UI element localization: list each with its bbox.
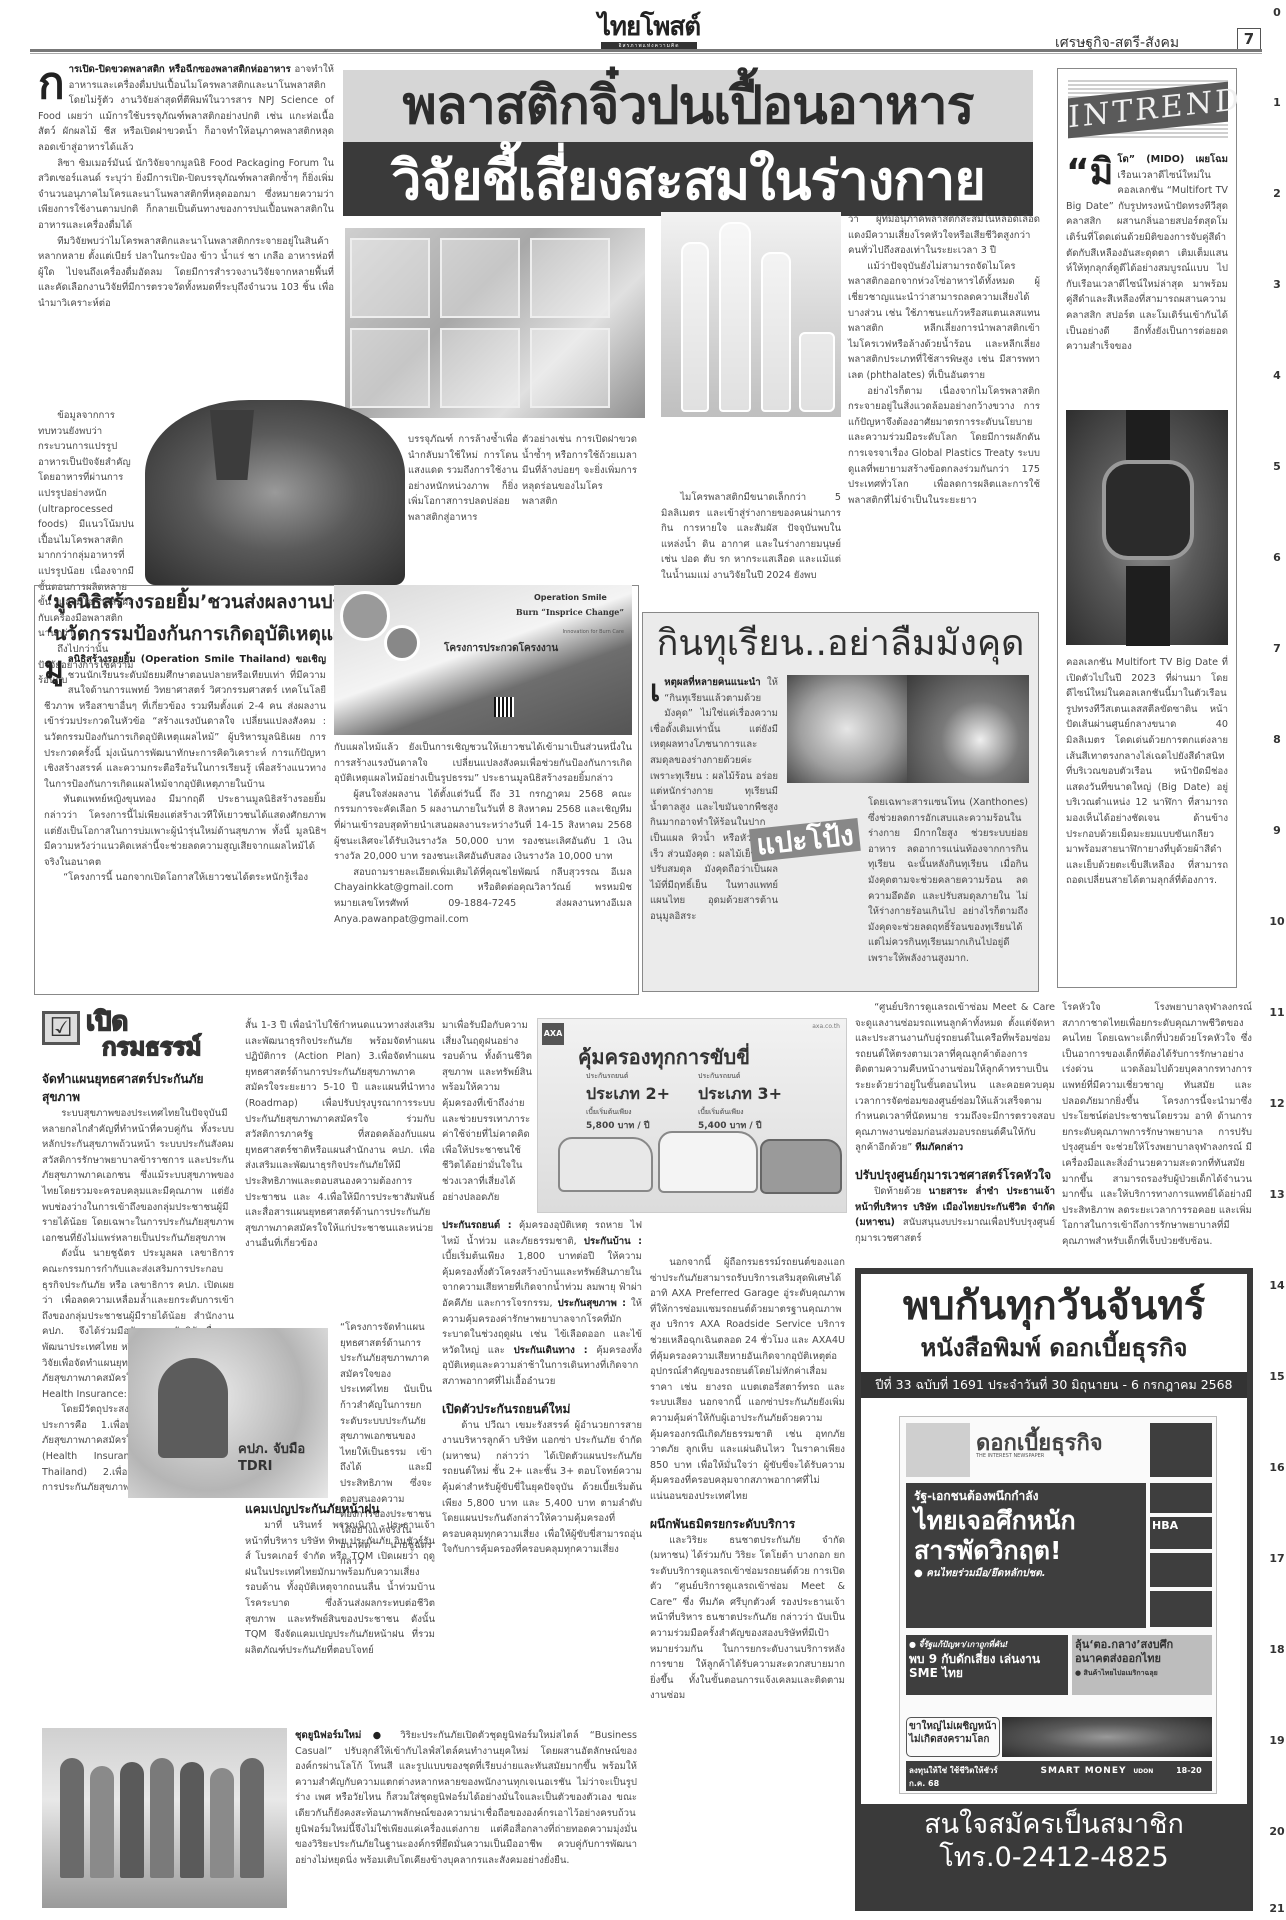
paragraph: ปิดท้ายด้วย xyxy=(874,1186,921,1197)
axa-plan1: ประกันรถยนต์ ประเภท 2+ เบี้ยเริ่มต้นเพีย… xyxy=(586,1071,696,1132)
ruler-mark: 4 xyxy=(1268,369,1286,382)
lede-bold: ารเปิด-ปิดขวดพลาสติก หรือฉีกซองพลาสติกห่… xyxy=(69,64,291,75)
food-waste-photo xyxy=(145,400,405,585)
operation-smile-text: มู ลนิธิสร้างรอยยิ้ม (Operation Smile Th… xyxy=(44,652,326,886)
ad-headline: พบกันทุกวันจันทร์ xyxy=(861,1280,1247,1332)
cover-side-thumb xyxy=(1150,1423,1212,1477)
subscription-ad-inner: พบกันทุกวันจันทร์ หนังสือพิมพ์ ดอกเบี้ยธ… xyxy=(861,1274,1247,1804)
paragraph: อาจทำให้อาหารและเครื่องดื่มปนเปื้อนไมโคร… xyxy=(38,64,334,153)
axa-plan2: ประกันรถยนต์ ประเภท 3+ เบี้ยเริ่มต้นเพีย… xyxy=(698,1071,818,1132)
person-silhouette xyxy=(158,1358,228,1458)
durian-text: เ หตุผลที่หลายคนแนะนำ ให้ “กินทุเรียนแล้… xyxy=(650,675,778,925)
paragraph: ทีมวิจัยพบว่าไมโครพลาสติกและนาโนพลาสติกก… xyxy=(38,234,334,312)
insurance-col2c: แคมเปญประกันภัยหน้าฝน มาที่ นรินทร์ พรรณ… xyxy=(245,1500,435,1658)
lead-story-col2b: ไมโครพลาสติกมีขนาดเล็กกว่า 5 มิลลิเมตร แ… xyxy=(661,490,841,584)
poster-title: โครงการประกวดโครงงาน xyxy=(444,641,558,656)
ruler-mark: 10 xyxy=(1268,915,1286,928)
insurance-col6: โรคหัวใจ โรงพยาบาลจุฬาลงกรณ์ สภากาชาดไทย… xyxy=(1062,1000,1252,1250)
durian-text-2: โดยเฉพาะสารแซนโทน (Xanthones) ซึ่งช่วยลด… xyxy=(868,795,1028,967)
paragraph: ทันตแพทย์หญิงขุนทอง มีมากฤดี ประธานมูลนิ… xyxy=(44,792,326,870)
ruler-mark: 19 xyxy=(1268,1734,1286,1747)
poster-brand: Operation Smile xyxy=(534,593,607,602)
front-head2: สารพัดวิกฤต! xyxy=(914,1536,1138,1566)
subheading: ผนึกพันธมิตรยกระดับบริการ xyxy=(650,1515,845,1533)
paragraph: แม้ว่าปัจจุบันยังไม่สามารถจัดไมโครพลาสติ… xyxy=(848,259,1040,384)
lead-story-caption: บรรจุภัณฑ์ การล้างซ้ำเพื่อนำกลับมาใช้ใหม… xyxy=(408,432,518,526)
box1-kicker: ● จี้รัฐแก้ปัญหา/เกาถูกที่คัน! xyxy=(909,1638,1065,1652)
ruler-mark: 20 xyxy=(1268,1825,1286,1838)
paragraph: ระบบสุขภาพของประเทศไทยในปัจจุบันมีหลายกล… xyxy=(42,1106,234,1246)
lede-bold: ลนิธิสร้างรอยยิ้ม (Operation Smile Thail… xyxy=(68,654,326,665)
ruler-mark: 8 xyxy=(1268,733,1286,746)
front-photo xyxy=(1002,1717,1212,1757)
cover-ad-thumb xyxy=(906,1423,970,1477)
ruler-mark: 3 xyxy=(1268,278,1286,291)
uniform-caption: ชุดยูนิฟอร์มใหม่ ● วิริยะประกันภัยเปิดตั… xyxy=(295,1728,637,1868)
uniform-group-photo xyxy=(42,1728,287,1908)
paragraph: กับแผลไหม้แล้ว ยังเป็นการเชิญชวนให้เยาวช… xyxy=(334,740,632,787)
insurance-col2: สั้น 1-3 ปี เพื่อนำไปใช้กำหนดแนวทางส่งเส… xyxy=(245,1018,435,1252)
car-suv-icon xyxy=(558,1137,653,1192)
paragraph: ลิซา ซิมเมอร์มันน์ นักวิจัยจากมูลนิธิ Fo… xyxy=(38,156,334,234)
cup-icon xyxy=(210,410,254,480)
ruler-mark: 9 xyxy=(1268,824,1286,837)
logo-title: ไทยโพสต์ xyxy=(595,12,703,42)
box2-head: ลุ้น‘ตอ.กลาง’สงบศึก อนาคตส่งออกไทย xyxy=(1075,1638,1209,1666)
ad-subhead: หนังสือพิมพ์ ดอกเบี้ยธุรกิจ xyxy=(861,1332,1247,1364)
plan-from: เบี้ยเริ่มต้นเพียง xyxy=(586,1107,696,1118)
intrend-title: INTREND xyxy=(1068,82,1228,139)
drop-cap: ก xyxy=(38,64,65,104)
plastic-bottles-photo xyxy=(661,212,841,417)
axa-headline: คุ้มครองทุกการขับขี่ xyxy=(578,1041,750,1073)
ad-issue-line: ปีที่ 33 ฉบับที่ 1691 ประจำวันที่ 30 มิถ… xyxy=(861,1372,1247,1398)
lead-story-col3: ว่า ผู้ที่มีอนุภาคพลาสติกสะสมในหลอดเลือด… xyxy=(848,212,1040,508)
front-main-story: รัฐ-เอกชนต้องพนึกกำลัง ไทยเจอศึกหนัก สาร… xyxy=(906,1483,1146,1628)
watch-photo xyxy=(1066,410,1228,645)
ruler-mark: 13 xyxy=(1268,1188,1286,1201)
drop-cap: เ xyxy=(650,677,660,707)
paragraph: ให้ “กินทุเรียนแล้วตามด้วยมังคุด” ไม่ใช่… xyxy=(650,677,778,922)
ruler-mark: 7 xyxy=(1268,642,1286,655)
paper-tagline: THE INTEREST NEWSPAPER xyxy=(976,1453,1044,1459)
paragraph: วิริยะประกันภัยเปิดตัวชุดยูนิฟอร์มใหม่สไ… xyxy=(295,1730,637,1866)
plan-type: ประเภท 3+ xyxy=(698,1082,818,1107)
drop-cap: มู xyxy=(44,654,64,684)
plan-from: เบี้ยเริ่มต้นเพียง xyxy=(698,1107,818,1118)
side-thumb xyxy=(1150,1591,1212,1627)
paragraph: “ศูนย์บริการดูแลรถเข้าซ่อม Meet & Care จ… xyxy=(855,1002,1055,1153)
side-hba: HBA xyxy=(1150,1517,1212,1549)
bold-label: ประกันสุขภาพ : xyxy=(558,1298,626,1309)
operation-smile-poster: Operation Smile Burn “Insprice Change” I… xyxy=(334,585,632,735)
mangosteen-photo xyxy=(907,675,1029,783)
lead-story-intro: ก ารเปิด-ปิดขวดพลาสติก หรือฉีกซองพลาสติก… xyxy=(38,62,334,312)
subheading: แคมเปญประกันภัยหน้าฝน xyxy=(245,1500,435,1518)
ruler-mark: 12 xyxy=(1268,1097,1286,1110)
plastic-containers-photo xyxy=(345,228,645,418)
front-box3: ขาใหญ่ไม่เผชิญหน้า ไม่เกิดสงครามโลก xyxy=(906,1717,1000,1757)
checkbox-icon: ☑ xyxy=(42,1011,80,1045)
bold-label: ประกันรถยนต์ : xyxy=(442,1220,512,1231)
banner-left: ลงทุนให้ใช่ ใช้ชีวิตให้ชัวร์ xyxy=(909,1766,998,1775)
lead-headline-line2: วิจัยชี้เสี่ยงสะสมในร่างกาย xyxy=(343,142,1033,216)
intrend-banner: INTREND xyxy=(1068,80,1228,140)
intrend-text: “มิ โด” (MIDO) เผยโฉม เรือนเวลาดีไซน์ใหม… xyxy=(1066,152,1228,355)
watch-strap xyxy=(1126,566,1170,646)
ruler-mark: 0 xyxy=(1268,6,1286,19)
front-box2: ลุ้น‘ตอ.กลาง’สงบศึก อนาคตส่งออกไทย ● สิน… xyxy=(1072,1635,1212,1695)
lede-bold: โด” (MIDO) เผยโฉม xyxy=(1117,154,1228,165)
paragraph: สอบถามรายละเอียดเพิ่มเติมได้ที่คุณชไยพัฒ… xyxy=(334,865,632,927)
ruler-mark: 6 xyxy=(1268,551,1286,564)
front-head1: ไทยเจอศึกหนัก xyxy=(914,1506,1138,1536)
paragraph: “โครงการนี้ นอกจากเปิดโอกาสให้เยาวชนได้ต… xyxy=(44,870,326,886)
bold-label: ทีมภัคกล่าว xyxy=(915,1142,963,1153)
watch-face xyxy=(1102,460,1194,560)
lead-story-col2: ตัวอย่างเช่น การเปิดฝาขวดน้ำซ้ำๆ หรือการ… xyxy=(522,432,637,510)
durian-headline: กินทุเรียน..อย่าลืมมังคุด xyxy=(642,618,1039,670)
durian-photo xyxy=(787,675,907,783)
photo-caption: คปภ. จับมือ TDRI xyxy=(238,1438,328,1474)
side-thumb xyxy=(1150,1553,1212,1587)
paragraph: ผู้สนใจส่งผลงาน ได้ตั้งแต่วันนี้ ถึง 31 … xyxy=(334,787,632,865)
paragraph: ไมโครพลาสติกมีขนาดเล็กกว่า 5 มิลลิเมตร แ… xyxy=(661,490,841,584)
masthead-divider-thin xyxy=(30,53,1262,54)
insurance-col5: “ศูนย์บริการดูแลรถเข้าซ่อม Meet & Care จ… xyxy=(855,1000,1055,1246)
insurance-col4: นอกจากนี้ ผู้ถือกรมธรรม์รถยนต์ของแอกซ่าป… xyxy=(650,1255,845,1704)
qr-code-icon xyxy=(494,697,514,717)
subscription-ad[interactable]: พบกันทุกวันจันทร์ หนังสือพิมพ์ ดอกเบี้ยธ… xyxy=(855,1268,1253,1911)
ruler-mark: 21 xyxy=(1268,1902,1286,1915)
front-page-thumbnail: ดอกเบี้ยธุรกิจ THE INTEREST NEWSPAPER รั… xyxy=(899,1416,1217,1794)
intrend-text-2: คอลเลกชัน Multifort TV Big Date ที่เปิดต… xyxy=(1066,655,1228,889)
poster-sub: Innovation for Burn Care xyxy=(514,629,624,635)
plan-label: ประกันรถยนต์ xyxy=(586,1071,696,1082)
insurance-col3: มาเพื่อรับมือกับความเสี่ยงในฤดูฝนอย่างรอ… xyxy=(442,1018,532,1205)
ruler-mark: 15 xyxy=(1268,1370,1286,1383)
side-thumb xyxy=(1150,1483,1212,1513)
plan-price: 5,800 บาท / ปี xyxy=(586,1118,696,1132)
poster-tagline: Burn “Insprice Change” xyxy=(514,607,624,617)
newspaper-logo: ไทยโพสต์ อิสรภาพแห่งความคิด xyxy=(595,12,703,54)
page-number: 7 xyxy=(1237,28,1261,50)
insurance-col3b: ประกันรถยนต์ : คุ้มครองอุบัติเหตุ รถหาย … xyxy=(442,1218,642,1558)
bold-label: ประกันเดินทาง : xyxy=(514,1345,588,1356)
column-logo: ☑ เปิด กรมธรรม์ xyxy=(42,1005,232,1055)
ruler-mark: 11 xyxy=(1268,1006,1286,1019)
plan-type: ประเภท 2+ xyxy=(586,1082,696,1107)
ruler-mark: 1 xyxy=(1268,96,1286,109)
masthead-divider xyxy=(30,49,1262,52)
paragraph: มาที่ นรินทร์ พรรณนิภา ประธานเจ้าหน้าที่… xyxy=(245,1518,435,1658)
paragraph: ชวนนักเรียนระดับมัธยมศึกษาตอนปลายหรือเที… xyxy=(44,670,326,790)
front-box1: ● จี้รัฐแก้ปัญหา/เกาถูกที่คัน! พบ 9 กับด… xyxy=(906,1635,1068,1695)
plan-label: ประกันรถยนต์ xyxy=(698,1071,818,1082)
paragraph: เรือนเวลาดีไซน์ใหม่ในคอลเลกชัน “Multifor… xyxy=(1066,170,1228,353)
child-photo xyxy=(340,591,390,641)
subheading: เปิดตัวประกันรถยนต์ใหม่ xyxy=(442,1400,642,1418)
smart-money-banner: ลงทุนให้ใช่ ใช้ชีวิตให้ชัวร์ SMART MONEY… xyxy=(906,1761,1212,1791)
lead-headline-line1: พลาสติกจิ๋วปนเปื้อนอาหาร xyxy=(343,70,1033,142)
ruler-mark: 2 xyxy=(1268,187,1286,200)
tdri-photo: คปภ. จับมือ TDRI xyxy=(128,1328,328,1498)
box1-head: พบ 9 กับดักเสี่ยง เล่นงาน SME ไทย xyxy=(909,1652,1065,1680)
paragraph: สั้น 1-3 ปี เพื่อนำไปใช้กำหนดแนวทางส่งเส… xyxy=(245,1018,435,1252)
bold-label: ประกันบ้าน : xyxy=(584,1236,642,1247)
car-suv-icon xyxy=(658,1131,758,1193)
banner-brand: SMART MONEY xyxy=(1041,1766,1127,1776)
ruler-mark: 5 xyxy=(1268,460,1286,473)
box2-sub: ● สินค้าไทยไปอเมริกาฉลุย xyxy=(1075,1666,1209,1680)
axa-url: axa.co.th xyxy=(812,1023,840,1030)
axa-ad[interactable]: AXA axa.co.th คุ้มครองทุกการขับขี่ ประกั… xyxy=(537,1018,847,1213)
ad-footer: สนใจสมัครเป็นสมาชิก โทร.0-2412-4825 xyxy=(855,1808,1253,1874)
operation-smile-col2: กับแผลไหม้แล้ว ยังเป็นการเชิญชวนให้เยาวช… xyxy=(334,740,632,927)
ruler-mark: 18 xyxy=(1268,1643,1286,1656)
watch-strap xyxy=(1126,410,1170,460)
car-pickup-icon xyxy=(760,1139,842,1194)
lede-bold: หตุผลที่หลายคนแนะนำ xyxy=(664,677,760,688)
drop-cap: “มิ xyxy=(1066,154,1113,192)
paragraph: ว่า ผู้ที่มีอนุภาคพลาสติกสะสมในหลอดเลือด… xyxy=(848,212,1040,259)
paragraph: อย่างไรก็ตาม เนื่องจากไมโครพลาสติกกระจาย… xyxy=(848,384,1040,509)
ruler-mark: 16 xyxy=(1268,1461,1286,1474)
paragraph: นอกจากนี้ ผู้ถือกรมธรรม์รถยนต์ของแอกซ่าป… xyxy=(650,1255,845,1505)
subscribe-cta: สนใจสมัครเป็นสมาชิก xyxy=(855,1808,1253,1841)
banner-city: UDON xyxy=(1133,1768,1153,1775)
column-logo-line2: กรมธรรม์ xyxy=(102,1027,202,1066)
bold-label: ชุดยูนิฟอร์มใหม่ ● xyxy=(295,1730,389,1741)
paragraph: ด้าน ปวีณา เขมะรังสรรค์ ผู้อำนวยการสายงา… xyxy=(442,1418,642,1558)
front-sub: ● คนไทยร่วมมือ/ยึดหลักปชต. xyxy=(914,1566,1138,1581)
axa-logo: AXA xyxy=(542,1023,564,1045)
ruler-mark: 14 xyxy=(1268,1279,1286,1292)
subheading: จัดทำแผนยุทธศาสตร์ประกันภัยสุขภาพ xyxy=(42,1070,234,1106)
front-kicker: รัฐ-เอกชนต้องพนึกกำลัง xyxy=(914,1487,1138,1506)
subscribe-phone[interactable]: โทร.0-2412-4825 xyxy=(855,1841,1253,1874)
subheading: ปรับปรุงศูนย์กุมารเวชศาสตร์โรคหัวใจ xyxy=(855,1166,1055,1184)
paragraph: และวิริยะ ธนชาตประกันภัย จำกัด (มหาชน) ไ… xyxy=(650,1533,845,1705)
child-photo xyxy=(384,625,420,661)
plan-price: 5,400 บาท / ปี xyxy=(698,1118,818,1132)
ruler-mark: 17 xyxy=(1268,1552,1286,1565)
